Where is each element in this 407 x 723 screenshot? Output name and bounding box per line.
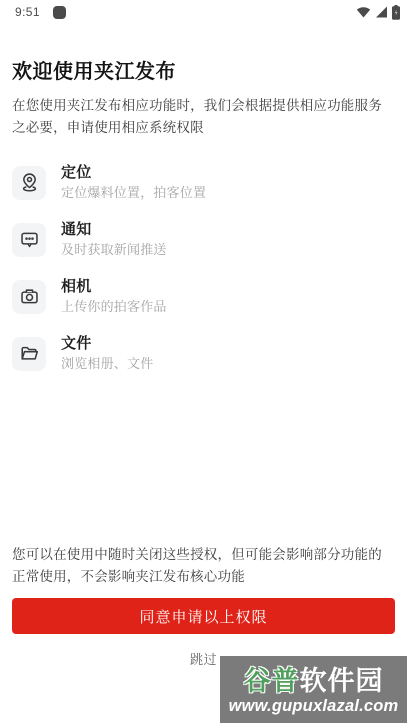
permission-list: 定位 定位爆料位置，拍客位置 通知 及时获取新闻推送 [12, 146, 395, 374]
main-content: 欢迎使用夹江发布 在您使用夹江发布相应功能时，我们会根据提供相应功能服务之必要，… [0, 22, 407, 723]
notification-app-icon [53, 6, 66, 19]
watermark-brand: 谷普软件园 [244, 666, 384, 696]
clock: 9:51 [15, 5, 40, 19]
agree-permissions-button[interactable]: 同意申请以上权限 [12, 598, 395, 634]
permission-onboarding-screen: 9:51 欢迎使用夹江发布 在您使用夹江发布相应功能时，我们会根据提供相应功能服… [0, 0, 407, 723]
permission-row-notifications: 通知 及时获取新闻推送 [12, 219, 395, 260]
permission-name: 相机 [61, 276, 167, 297]
permission-description: 浏览相册、文件 [61, 354, 153, 374]
skip-link[interactable]: 跳过 [190, 649, 217, 668]
permission-description: 上传你的拍客作品 [61, 297, 167, 317]
permission-description: 定位爆料位置，拍客位置 [61, 183, 206, 203]
watermark-url: www.gupuxlazal.com [229, 696, 399, 716]
status-icons [356, 5, 400, 20]
location-pin-icon [12, 166, 46, 200]
permission-row-files: 文件 浏览相册、文件 [12, 333, 395, 374]
wifi-icon [356, 6, 371, 18]
site-watermark: 谷普软件园 www.gupuxlazal.com [220, 656, 407, 723]
permission-name: 定位 [61, 162, 206, 183]
spacer [12, 374, 395, 544]
watermark-brand-green: 谷普 [244, 666, 300, 696]
folder-icon [12, 337, 46, 371]
permission-name: 文件 [61, 333, 153, 354]
page-description: 在您使用夹江发布相应功能时，我们会根据提供相应功能服务之必要，申请使用相应系统权… [12, 95, 395, 138]
notification-bubble-icon [12, 223, 46, 257]
page-title: 欢迎使用夹江发布 [12, 59, 395, 86]
permission-row-camera: 相机 上传你的拍客作品 [12, 276, 395, 317]
battery-icon [392, 5, 400, 20]
camera-icon [12, 280, 46, 314]
permission-description: 及时获取新闻推送 [61, 240, 167, 260]
permission-name: 通知 [61, 219, 167, 240]
revoke-permissions-note: 您可以在使用中随时关闭这些授权，但可能会影响部分功能的正常使用，不会影响夹江发布… [12, 544, 395, 588]
status-bar: 9:51 [0, 0, 407, 22]
cellular-signal-icon [375, 6, 388, 18]
permission-row-location: 定位 定位爆料位置，拍客位置 [12, 162, 395, 203]
watermark-brand-white: 软件园 [300, 666, 384, 696]
